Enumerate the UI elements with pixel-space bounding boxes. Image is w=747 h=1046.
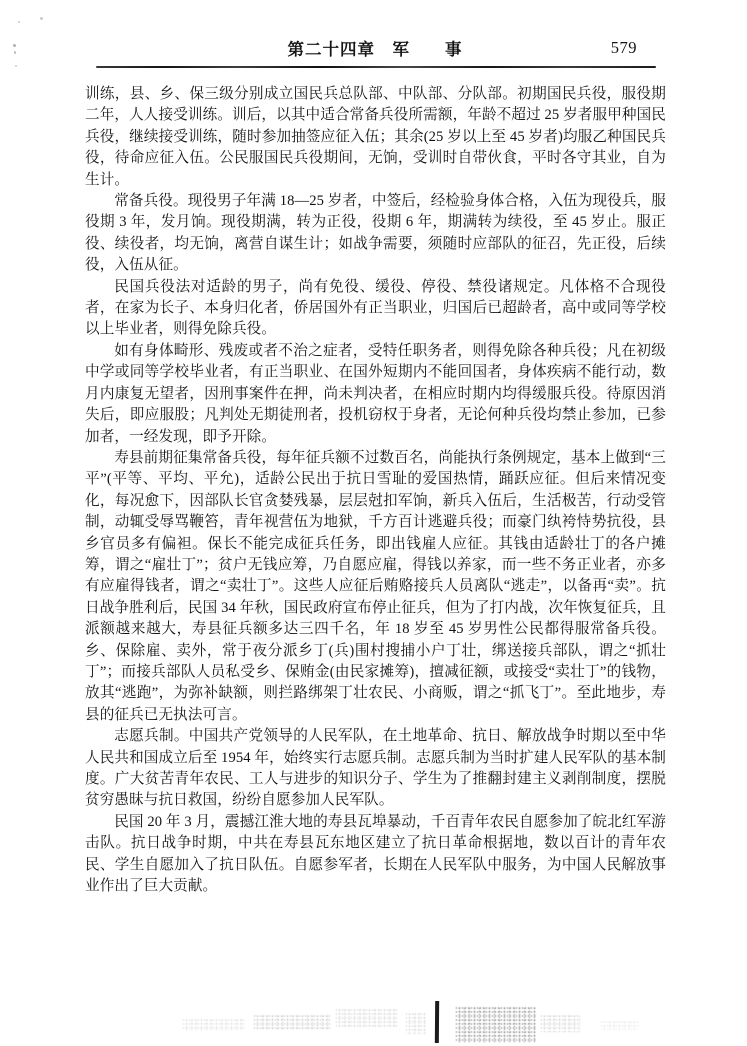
paragraph-mianyi-huanyi: 如有身体畸形、残废或者不治之症者，受特任职务者，则得免除各种兵役；凡在初级中学或… xyxy=(85,341,666,448)
paragraph-bingyifa: 民国兵役法对适龄的男子，尚有免役、缓役、停役、禁役诸规定。凡体格不合现役者，在家… xyxy=(85,277,666,341)
scan-speck xyxy=(18,21,20,23)
scan-artifact-smudge xyxy=(600,1020,638,1030)
scan-artifact-smudge xyxy=(253,1014,331,1030)
page-header: 第二十四章 军 事 579 xyxy=(85,36,665,62)
scan-speck xyxy=(15,65,17,67)
page-number: 579 xyxy=(611,38,637,58)
paragraph-zhiyuan-bingzhi: 志愿兵制。中国共产党领导的人民军队，在土地革命、抗日、解放战争时期以至中华人民共… xyxy=(85,726,666,812)
paragraph-continuation: 训练，县、乡、保三级分别成立国民兵总队部、中队部、分队部。初期国民兵役，服役期二… xyxy=(85,84,666,191)
paragraph-shouxian-zhengbing: 寿县前期征集常备兵役，每年征兵额不过数百名，尚能执行条例规定，基本上做到“三平”… xyxy=(85,448,666,726)
scan-speck xyxy=(40,17,43,20)
header-rule xyxy=(96,66,656,68)
scan-speck xyxy=(14,51,16,54)
page-body: 训练，县、乡、保三级分别成立国民兵总队部、中队部、分队部。初期国民兵役，服役期二… xyxy=(85,84,666,897)
scan-artifact-smudge xyxy=(540,1014,580,1032)
paragraph-changbei-bingyi: 常备兵役。现役男子年满 18—25 岁者，中签后，经检验身体合格，入伍为现役兵，… xyxy=(85,191,666,277)
chapter-title: 第二十四章 军 事 xyxy=(85,36,665,60)
scan-artifact-bar xyxy=(435,1001,439,1043)
scan-artifact-smudge xyxy=(405,1012,427,1034)
scan-artifact-smudge xyxy=(455,1006,537,1042)
paragraph-wabu-baodong: 民国 20 年 3 月，震撼江淮大地的寿县瓦埠暴动，千百青年农民自愿参加了皖北红… xyxy=(85,812,666,898)
scan-artifact-smudge xyxy=(335,1008,397,1028)
scanned-book-page: 第二十四章 军 事 579 训练，县、乡、保三级分别成立国民兵总队部、中队部、分… xyxy=(0,0,747,1046)
scan-speck xyxy=(13,44,16,47)
scan-artifact-smudge xyxy=(182,1018,244,1030)
